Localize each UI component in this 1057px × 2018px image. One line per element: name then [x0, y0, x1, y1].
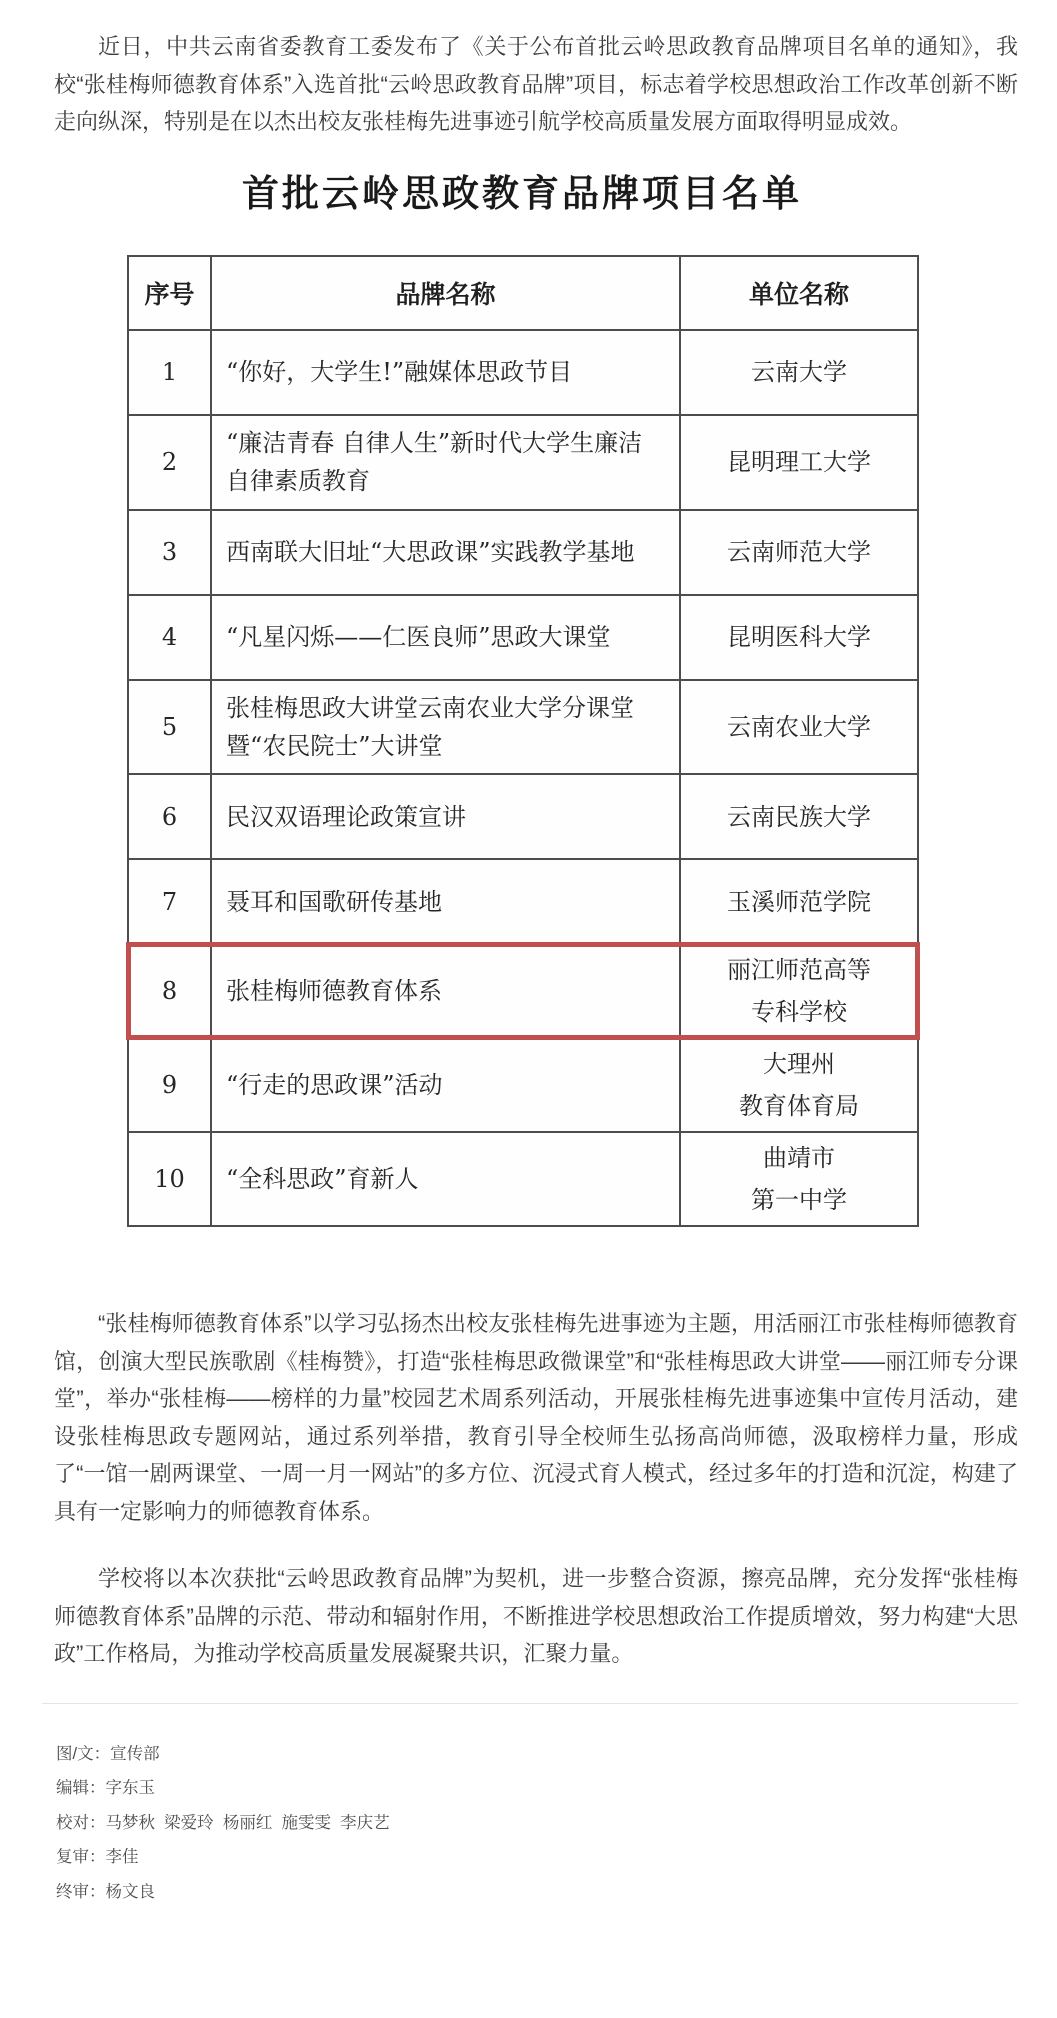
- unit-name-cell: 云南师范大学: [680, 510, 918, 595]
- row-number-cell: 3: [128, 510, 211, 595]
- unit-name-cell: 云南民族大学: [680, 774, 918, 859]
- table-row-6: 6民汉双语理论政策宣讲云南民族大学: [128, 774, 918, 859]
- brand-name-cell: “凡星闪烁——仁医良师”思政大课堂: [211, 595, 680, 680]
- body-paragraph-2: 学校将以本次获批“云岭思政教育品牌”为契机，进一步整合资源，擦亮品牌，充分发挥“…: [54, 1560, 1018, 1673]
- unit-name-cell: 云南大学: [680, 330, 918, 415]
- notice-title: 首批云岭思政教育品牌项目名单: [127, 171, 917, 215]
- brand-name-cell: “廉洁青春 自律人生”新时代大学生廉洁自律素质教育: [211, 415, 680, 510]
- brand-name-cell: 民汉双语理论政策宣讲: [211, 774, 680, 859]
- brand-name-cell: 张桂梅思政大讲堂云南农业大学分课堂暨“农民院士”大讲堂: [211, 680, 680, 775]
- credits: 图/文：宣传部编辑：字东玉校对：马梦秋 梁爱玲 杨丽红 施雯雯 李庆艺复审：李佳…: [56, 1746, 1018, 1901]
- row-number-cell: 7: [128, 859, 211, 944]
- table-row-10: 10“全科思政”育新人曲靖市 第一中学: [128, 1132, 918, 1226]
- article-page: 近日，中共云南省委教育工委发布了《关于公布首批云岭思政教育品牌项目名单的通知》，…: [0, 0, 1057, 2018]
- brand-name-cell: “行走的思政课”活动: [211, 1038, 680, 1132]
- row-number-cell: 9: [128, 1038, 211, 1132]
- brand-name-cell: 聂耳和国歌研传基地: [211, 859, 680, 944]
- row-number-cell: 6: [128, 774, 211, 859]
- row-number-cell: 5: [128, 680, 211, 775]
- unit-name-cell: 云南农业大学: [680, 680, 918, 775]
- table-row-2: 2“廉洁青春 自律人生”新时代大学生廉洁自律素质教育昆明理工大学: [128, 415, 918, 510]
- intro-paragraph: 近日，中共云南省委教育工委发布了《关于公布首批云岭思政教育品牌项目名单的通知》，…: [54, 28, 1018, 141]
- row-number-cell: 1: [128, 330, 211, 415]
- unit-name-cell: 曲靖市 第一中学: [680, 1132, 918, 1226]
- table-row-7: 7聂耳和国歌研传基地玉溪师范学院: [128, 859, 918, 944]
- credit-line: 终审：杨文良: [56, 1884, 1018, 1901]
- table-row-5: 5张桂梅思政大讲堂云南农业大学分课堂暨“农民院士”大讲堂云南农业大学: [128, 680, 918, 775]
- column-header-brand: 品牌名称: [211, 256, 680, 330]
- table-row-3: 3西南联大旧址“大思政课”实践教学基地云南师范大学: [128, 510, 918, 595]
- credit-line: 编辑：字东玉: [56, 1780, 1018, 1797]
- row-number-cell: 4: [128, 595, 211, 680]
- notice-table: 序号 品牌名称 单位名称 1“你好，大学生!”融媒体思政节目云南大学2“廉洁青春…: [127, 255, 919, 1228]
- brand-name-cell: “你好，大学生!”融媒体思政节目: [211, 330, 680, 415]
- divider: [42, 1703, 1018, 1704]
- column-header-unit: 单位名称: [680, 256, 918, 330]
- unit-name-cell: 玉溪师范学院: [680, 859, 918, 944]
- column-header-number: 序号: [128, 256, 211, 330]
- table-row-9: 9“行走的思政课”活动大理州 教育体育局: [128, 1038, 918, 1132]
- table-row-1: 1“你好，大学生!”融媒体思政节目云南大学: [128, 330, 918, 415]
- credit-line: 复审：李佳: [56, 1849, 1018, 1866]
- credit-line: 校对：马梦秋 梁爱玲 杨丽红 施雯雯 李庆艺: [56, 1815, 1018, 1832]
- unit-name-cell: 丽江师范高等 专科学校: [680, 944, 918, 1038]
- table-header-row: 序号 品牌名称 单位名称: [128, 256, 918, 330]
- brand-name-cell: 张桂梅师德教育体系: [211, 944, 680, 1038]
- unit-name-cell: 昆明医科大学: [680, 595, 918, 680]
- credit-line: 图/文：宣传部: [56, 1746, 1018, 1763]
- table-row-8: 8张桂梅师德教育体系丽江师范高等 专科学校: [128, 944, 918, 1038]
- row-number-cell: 8: [128, 944, 211, 1038]
- brand-name-cell: “全科思政”育新人: [211, 1132, 680, 1226]
- unit-name-cell: 大理州 教育体育局: [680, 1038, 918, 1132]
- brand-name-cell: 西南联大旧址“大思政课”实践教学基地: [211, 510, 680, 595]
- row-number-cell: 2: [128, 415, 211, 510]
- row-number-cell: 10: [128, 1132, 211, 1226]
- body-paragraph-1: “张桂梅师德教育体系”以学习弘扬杰出校友张桂梅先进事迹为主题，用活丽江市张桂梅师…: [54, 1305, 1018, 1530]
- table-row-4: 4“凡星闪烁——仁医良师”思政大课堂昆明医科大学: [128, 595, 918, 680]
- notice-table-image: 首批云岭思政教育品牌项目名单 序号 品牌名称 单位名称 1“你好，大学生!”融媒…: [127, 171, 917, 1228]
- unit-name-cell: 昆明理工大学: [680, 415, 918, 510]
